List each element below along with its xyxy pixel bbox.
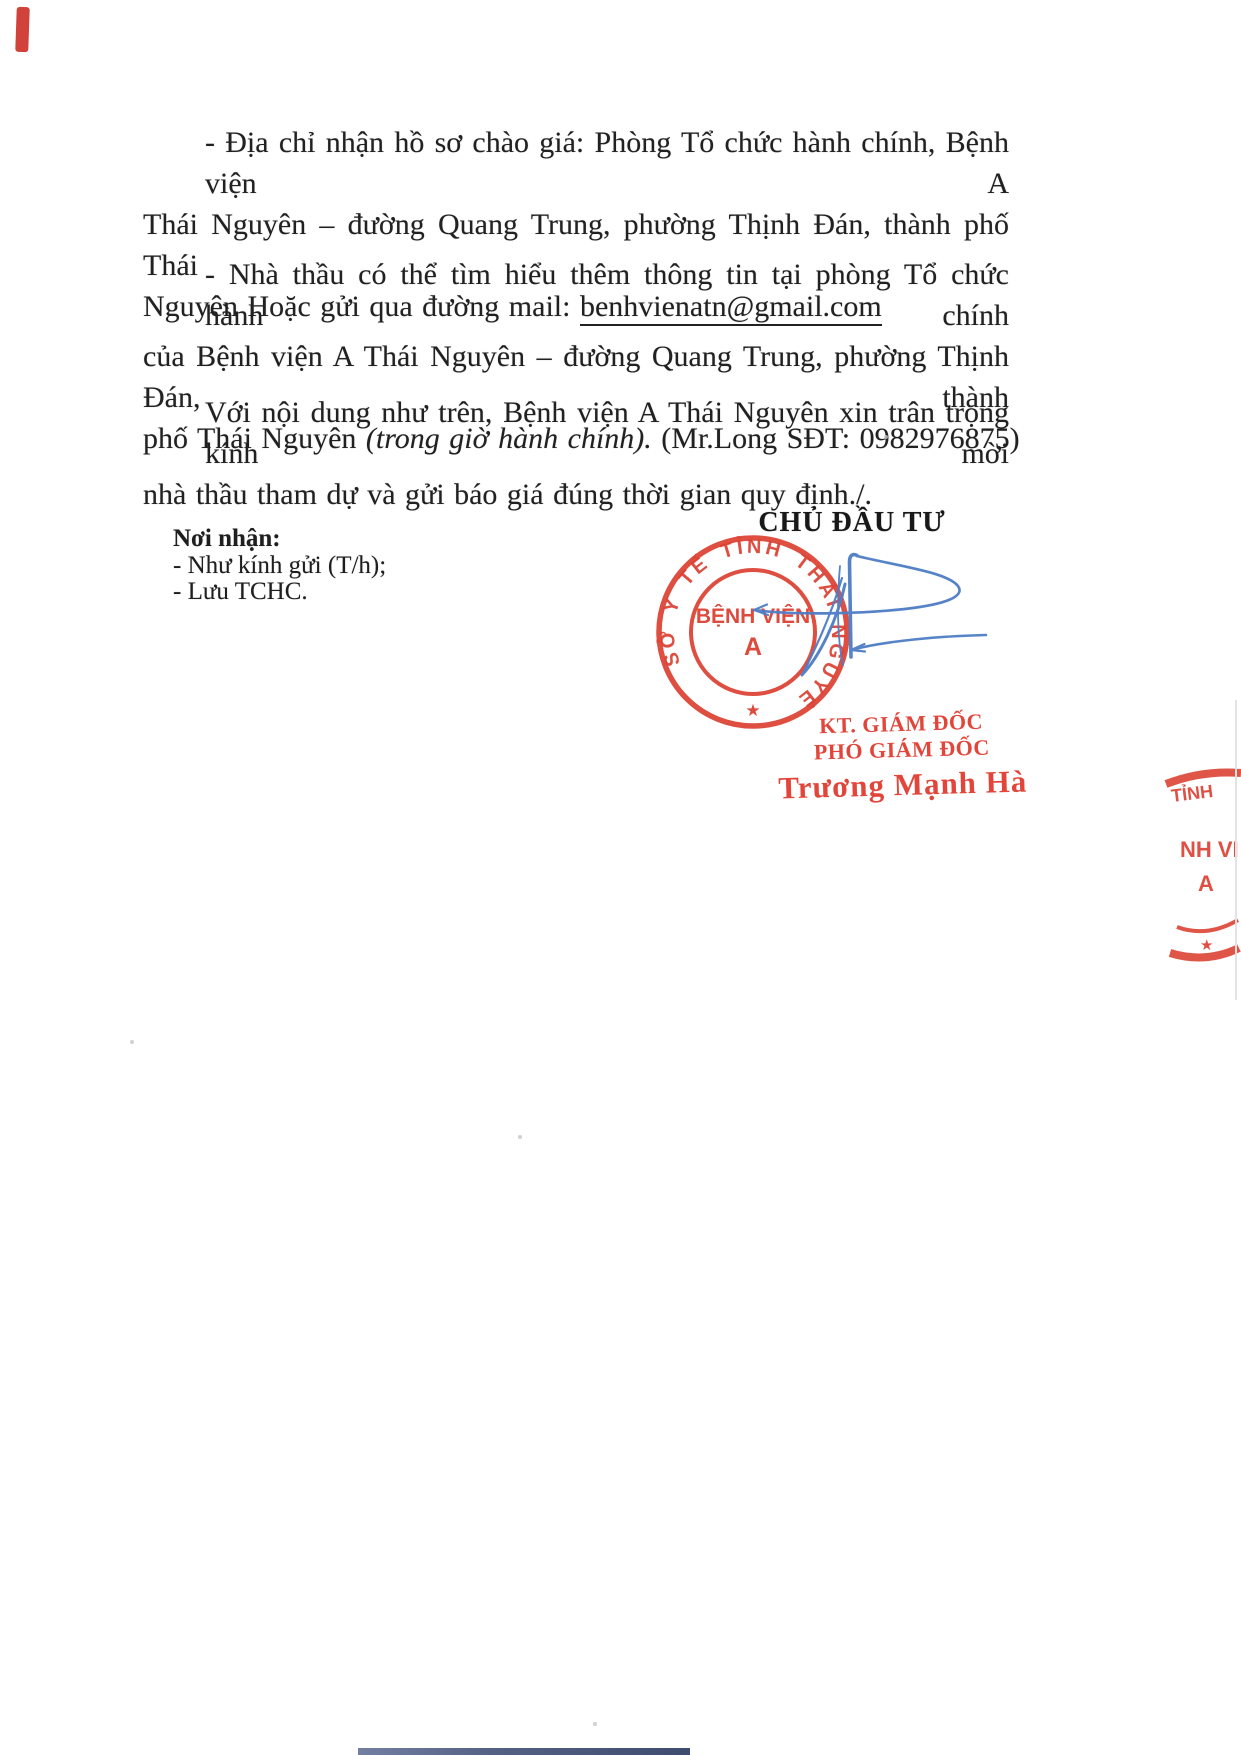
scan-speck: [130, 1040, 134, 1044]
stamp-letter: A: [744, 633, 762, 661]
scanned-document-page: - Địa chỉ nhận hồ sơ chào giá: Phòng Tổ …: [0, 0, 1241, 1755]
edge-stamp-star-icon: ★: [1200, 936, 1213, 954]
recipients-block: Nơi nhận: - Như kính gửi (T/h); - Lưu TC…: [173, 526, 386, 605]
edge-stamp-outer-arc: [1166, 772, 1241, 784]
paragraph-line: Với nội dung như trên, Bệnh viện A Thái …: [143, 392, 1009, 474]
edge-stamp-inner-arc: [1177, 920, 1238, 931]
page-edge-shadow-line: [1235, 700, 1237, 1000]
paragraph-line: - Nhà thầu có thể tìm hiểu thêm thông ti…: [143, 254, 1009, 336]
paragraph-line: - Địa chỉ nhận hồ sơ chào giá: Phòng Tổ …: [143, 122, 1009, 204]
edge-stamp: TỈNH NH VI A ★: [1166, 772, 1241, 957]
recipient-item: - Lưu TCHC.: [173, 579, 386, 605]
stamp-center-text: BỆNH VIỆN: [696, 604, 810, 628]
edge-stamp-outer-arc-bottom: [1170, 948, 1239, 957]
bottom-scan-bar: [358, 1748, 690, 1755]
recipients-heading: Nơi nhận:: [173, 526, 386, 552]
recipient-item: - Như kính gửi (T/h);: [173, 553, 386, 579]
edge-stamp-letter: A: [1198, 871, 1214, 896]
signer-name: Trương Mạnh Hà: [737, 762, 1068, 807]
red-signer-block: KT. GIÁM ĐỐC PHÓ GIÁM ĐỐC Trương Mạnh Hà: [736, 706, 1068, 807]
scan-speck: [593, 1722, 597, 1726]
stamp-inner-ring: [691, 570, 815, 694]
edge-stamp-top-text: TỈNH: [1170, 780, 1214, 806]
scan-speck: [884, 435, 888, 439]
red-corner-mark: [15, 7, 30, 52]
edge-stamp-mid-text: NH VI: [1180, 837, 1239, 862]
scan-speck: [518, 1135, 522, 1139]
hospital-round-stamp: SỞ Y TẾ TỈNH THÁI NGUYÊN BỆNH VIỆN A ★: [653, 532, 853, 732]
body-paragraph-3: Với nội dung như trên, Bệnh viện A Thái …: [143, 392, 1009, 515]
